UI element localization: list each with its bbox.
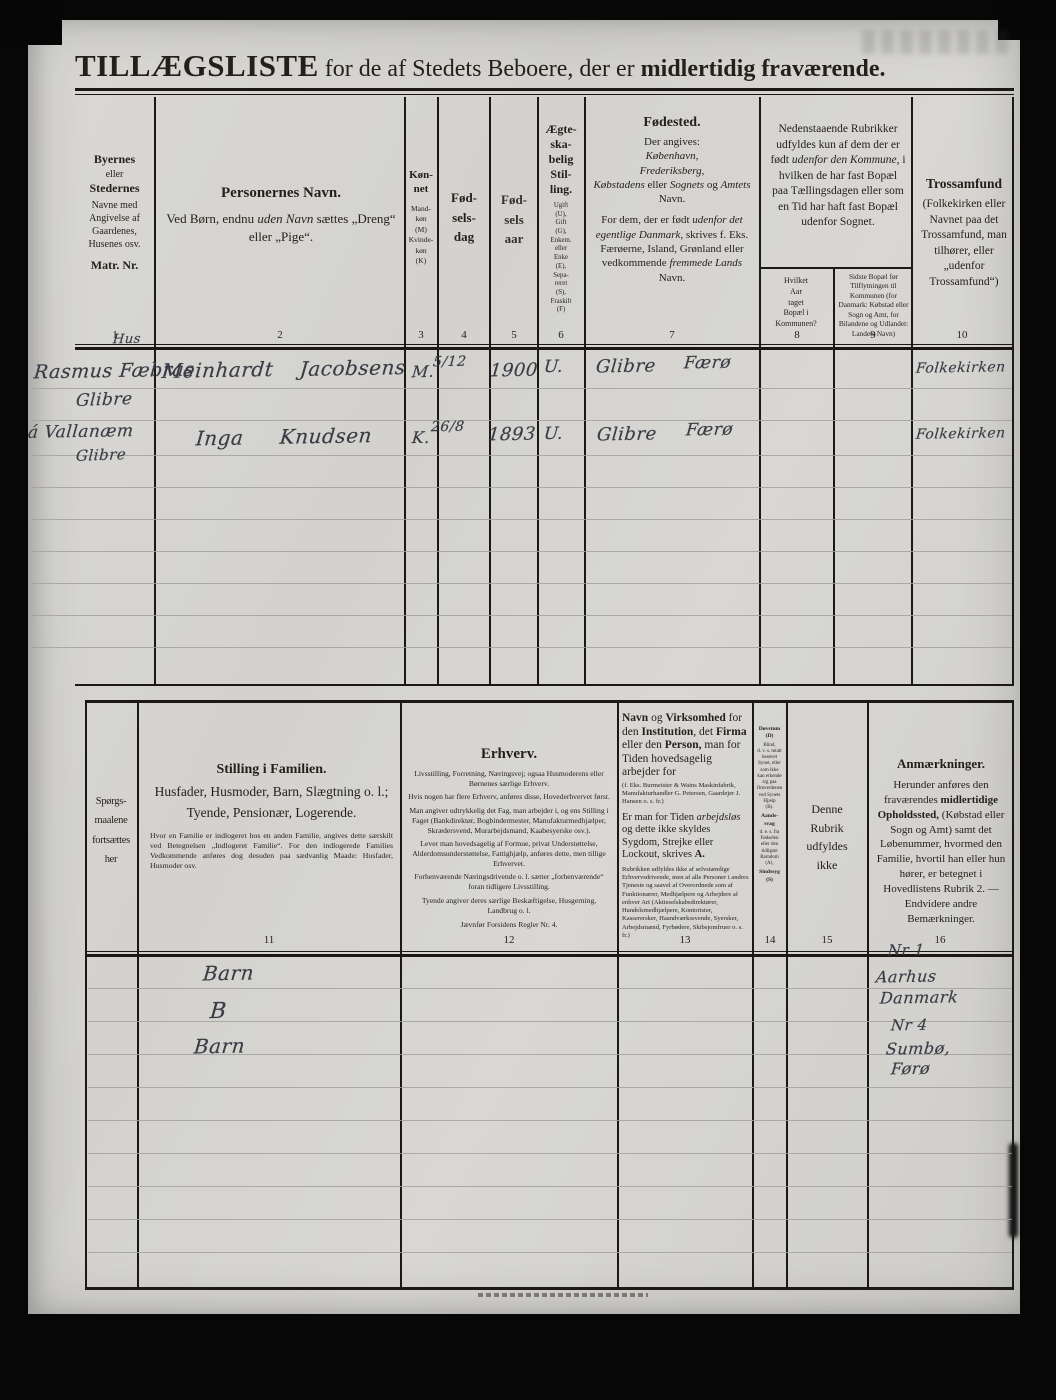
header-text: Stedernes <box>75 181 154 197</box>
handwritten-place: á Vallanæm <box>27 421 134 443</box>
column-header-16: Anmærkninger. Herunder anføres den fravæ… <box>876 756 1006 926</box>
header-text: Amtets <box>721 179 751 191</box>
handwritten-family-position: Barn <box>193 1034 246 1059</box>
grid-line <box>617 700 619 1289</box>
printer-imprint <box>478 1293 648 1297</box>
column-header-6: Ægte- ska- belig Stil- ling. Ugift (U), … <box>539 122 583 315</box>
header-text: fremmede Lands <box>669 257 742 269</box>
handwritten-birthplace: Glibre <box>596 423 658 445</box>
header-text: Køn- net <box>405 168 437 197</box>
header-text: Frederiksberg, <box>640 165 705 177</box>
column-header-7: Fødested. Der angives: København, Freder… <box>589 115 755 285</box>
handwritten-place: Glibre <box>75 389 133 411</box>
grid-line <box>759 97 761 686</box>
header-text: (f. Eks. Burmeister & Wains Maskinfabrik… <box>622 782 749 807</box>
row-rule <box>32 583 1012 584</box>
handwritten-name-first: Meinhardt <box>161 357 275 383</box>
header-text: (Købstad eller Sogn og Amt) samt det Løb… <box>877 809 1006 925</box>
header-text: Jævnfør Forsidens Regler Nr. 4. <box>408 920 610 930</box>
header-text: København, <box>646 150 699 162</box>
col-num-7: 7 <box>650 329 694 341</box>
col-num-8: 8 <box>775 329 819 341</box>
col-num-11: 11 <box>247 934 291 946</box>
grid-line <box>867 700 869 1289</box>
handwritten-place-suffix: Hus <box>112 332 141 347</box>
col-num-13: 13 <box>663 934 707 946</box>
row-rule <box>88 1120 1012 1121</box>
header-text: Købstadens <box>593 179 644 191</box>
row-rule <box>88 1186 1012 1187</box>
title-rule-thin <box>75 94 1014 95</box>
header-text: Herunder anføres den fraværendes midlert… <box>876 778 1006 926</box>
header-text: Institution <box>641 726 693 738</box>
header-text: Ugift (U), Gift (G), Enkem. eller Enke (… <box>539 202 583 315</box>
handwritten-faith: Folkekirken <box>915 359 1006 377</box>
column-header-2: Personernes Navn. Ved Børn, endnu uden N… <box>163 185 399 245</box>
header-text: Tyende angiver deres særlige Beskæftigel… <box>408 896 610 915</box>
subheader-divider <box>759 267 913 269</box>
row-rule <box>88 1219 1012 1220</box>
header-bottom-rule <box>85 954 1014 957</box>
col-num-14: 14 <box>748 934 792 946</box>
col-num-2: 2 <box>258 329 302 341</box>
col-num-12: 12 <box>487 934 531 946</box>
header-text: Husfader, Husmoder, Barn, Slægtning o. l… <box>150 782 393 824</box>
header-text: Forhenværende Næringsdrivende o. l. sætt… <box>408 872 610 891</box>
col-num-5: 5 <box>492 329 536 341</box>
header-text: Navn og Virksomhed for den Institution, … <box>622 712 749 780</box>
handwritten-remark: Aarhus <box>875 966 937 986</box>
header-text: , det <box>693 726 716 738</box>
column-header-15: Denne Rubrik udfyldes ikke <box>790 800 864 874</box>
handwritten-sex: K. <box>411 428 431 447</box>
header-text: Er man for Tiden <box>622 812 697 823</box>
header-text: eller <box>645 179 670 191</box>
column-header-5: Fød- sels aar <box>491 190 537 249</box>
header-text: arbejdsløs <box>697 812 741 823</box>
header-text: Fød- sels aar <box>491 190 537 249</box>
column-header-8-9-merged: Nedenstaaende Rubrikker udfyldes kun af … <box>770 122 906 231</box>
header-text: udenfor den Kommune <box>792 154 897 166</box>
header-text: Sindssyg (S) <box>755 869 784 884</box>
column-header-3: Køn- net Mand- køn (M) Kvinde- køn (K) <box>405 168 437 267</box>
header-text: Der angives: <box>644 136 700 148</box>
row-rule <box>88 1153 1012 1154</box>
row-rule <box>32 519 1012 520</box>
header-text: A. <box>695 849 705 860</box>
column-header-8: Hvilket Aar taget Bopæl i Kommunen? <box>761 276 831 330</box>
row-rule <box>88 1087 1012 1088</box>
handwritten-birthday: 26/8 <box>430 419 465 436</box>
column-header-12: Erhverv. Livsstilling, Forretning, Nærin… <box>408 746 610 930</box>
grid-line <box>584 97 586 686</box>
header-text: Anmærkninger. <box>876 756 1006 772</box>
handwritten-birthplace-country: Færø <box>685 420 734 441</box>
header-text: eller <box>75 168 154 181</box>
handwritten-marital-status: U. <box>543 424 564 444</box>
column-header-10: Trossamfund (Folkekirken eller Navnet pa… <box>917 176 1011 290</box>
header-text: Fød- sels- dag <box>439 188 489 247</box>
title-rule-thick <box>75 88 1014 91</box>
header-text: Fødested. <box>589 115 755 131</box>
handwritten-family-position: Barn <box>202 961 255 986</box>
header-text: Person, <box>665 739 702 751</box>
column-header-1: Byernes eller Stedernes Navne med Angive… <box>75 152 154 274</box>
handwritten-remark: Sumbø, <box>885 1038 951 1058</box>
col-num-15: 15 <box>805 934 849 946</box>
col-num-6: 6 <box>539 329 583 341</box>
header-text: Ved Børn, endnu <box>166 211 257 226</box>
row-rule <box>32 455 1012 456</box>
table-top-rule <box>85 700 1014 703</box>
grid-line <box>1012 700 1014 1289</box>
header-text: For dem, der er født <box>601 214 692 226</box>
header-text: Er man for Tiden arbejdsløs og dette ikk… <box>622 812 749 862</box>
header-text: Navne med Angivelse af Gaardenes, Husene… <box>75 199 154 251</box>
number-row-rule <box>85 951 1014 952</box>
table-bottom-rule <box>75 684 1013 686</box>
header-text: Man angiver udtrykkelig det Fag, man arb… <box>408 806 610 835</box>
header-text: Navn. <box>659 272 686 284</box>
grid-line <box>489 97 491 686</box>
header-text: Matr. Nr. <box>75 258 154 274</box>
census-form-page: TILLÆGSLISTE for de af Stedets Beboere, … <box>0 0 1056 1400</box>
header-text: Virksomhed <box>665 712 725 724</box>
row-rule <box>32 487 1012 488</box>
header-text: uden Navn <box>257 211 313 226</box>
header-text: Lever man hovedsagelig af Formue, privat… <box>408 839 610 868</box>
header-text: Byernes <box>75 152 154 168</box>
grid-line <box>752 700 754 1289</box>
grid-line <box>137 700 139 1289</box>
scan-corner-blob-topleft <box>0 0 62 45</box>
column-header-11: Stilling i Familien. Husfader, Husmoder,… <box>150 762 393 871</box>
grid-line <box>911 97 913 686</box>
handwritten-remark: Førø <box>890 1059 931 1079</box>
form-title: TILLÆGSLISTE for de af Stedets Beboere, … <box>75 48 1015 84</box>
header-text: Navn. <box>659 193 686 205</box>
handwritten-birthyear: 1900 <box>489 360 539 382</box>
grid-line <box>400 700 402 1289</box>
number-row-rule <box>75 344 1013 345</box>
form-title-main: TILLÆGSLISTE <box>75 48 319 83</box>
handwritten-remark: Nr 4 <box>890 1016 928 1035</box>
header-text: Blind, d. v. s. totalt berøvet Synet, el… <box>755 743 784 812</box>
grid-line <box>786 700 788 1289</box>
form-title-rest: for de af Stedets Beboere, der er <box>319 56 641 82</box>
handwritten-remark: Danmark <box>879 987 959 1007</box>
col-num-4: 4 <box>442 329 486 341</box>
header-text: Aands- svag <box>755 813 784 828</box>
handwritten-name-last: Jacobsens <box>299 355 407 381</box>
header-text: For dem, der er født udenfor det egentli… <box>589 213 755 284</box>
grid-line <box>154 97 156 686</box>
col-num-10: 10 <box>940 329 984 341</box>
header-text: Sognets <box>670 179 704 191</box>
header-text: Ved Børn, endnu uden Navn sættes „Dreng“… <box>163 210 399 245</box>
header-text: Hvor en Familie er indlogeret hos en and… <box>150 831 393 872</box>
row-rule <box>32 420 1012 421</box>
row-rule <box>32 647 1012 648</box>
handwritten-birthplace: Glibre <box>595 355 657 377</box>
header-text: Hvis nogen har flere Erhverv, anføres di… <box>408 792 610 802</box>
row-rule <box>88 1252 1012 1253</box>
header-text: Firma <box>716 726 747 738</box>
side-label-questions-continue: Spørgs- maalene fortsættes her <box>86 792 136 870</box>
column-header-13: Navn og Virksomhed for den Institution, … <box>622 712 749 940</box>
grid-line <box>85 700 87 1289</box>
header-text: Døvstum (D) <box>755 726 784 741</box>
header-text: Erhverv. <box>408 746 610 763</box>
header-text: eller den <box>622 739 665 751</box>
header-text: Trossamfund <box>917 176 1011 192</box>
header-text: (Folkekirken eller Navnet paa det Trossa… <box>917 197 1011 290</box>
row-rule <box>88 1021 1012 1022</box>
row-rule <box>32 388 1012 389</box>
header-text: og <box>648 712 665 724</box>
handwritten-name-first: Inga <box>195 426 245 451</box>
header-text: Personernes Navn. <box>163 185 399 202</box>
header-bottom-rule <box>75 347 1013 350</box>
header-text: og <box>704 179 721 191</box>
col-num-3: 3 <box>399 329 443 341</box>
column-header-14: Døvstum (D) Blind, d. v. s. totalt berøv… <box>755 726 784 884</box>
handwritten-birthplace-country: Færø <box>683 353 732 374</box>
grid-line <box>833 268 835 686</box>
header-text: Livsstilling, Forretning, Næringsvej; og… <box>408 769 610 788</box>
header-text: Navn <box>622 712 648 724</box>
column-header-4: Fød- sels- dag <box>439 188 489 247</box>
grid-line <box>437 97 439 686</box>
handwritten-family-position: B <box>209 999 228 1024</box>
handwritten-remark: Nr 1 <box>887 941 925 960</box>
header-text: Stilling i Familien. <box>150 762 393 778</box>
handwritten-birthyear: 1893 <box>487 424 537 446</box>
handwritten-faith: Folkekirken <box>915 425 1006 443</box>
grid-line <box>1012 97 1014 686</box>
header-text: d. e. s. fra Fødselen eller den tidligst… <box>755 830 784 868</box>
row-rule <box>88 988 1012 989</box>
header-text: Mand- køn (M) Kvinde- køn (K) <box>405 204 437 267</box>
table-bottom-rule <box>85 1287 1014 1290</box>
handwritten-marital-status: U. <box>543 357 564 377</box>
header-text: Der angives: København, Frederiksberg, K… <box>589 135 755 206</box>
handwritten-place: Glibre <box>75 445 127 465</box>
header-text: Rubrikken udfyldes ikke af selvstændige … <box>622 866 749 940</box>
header-text: Ægte- ska- belig Stil- ling. <box>539 122 583 197</box>
row-rule <box>32 551 1012 552</box>
handwritten-birthday: 5/12 <box>432 354 467 371</box>
handwritten-name-last: Knudsen <box>279 423 373 449</box>
col-num-9: 9 <box>851 329 895 341</box>
row-rule <box>32 615 1012 616</box>
form-title-bold-tail: midlertidig fraværende. <box>641 56 886 82</box>
